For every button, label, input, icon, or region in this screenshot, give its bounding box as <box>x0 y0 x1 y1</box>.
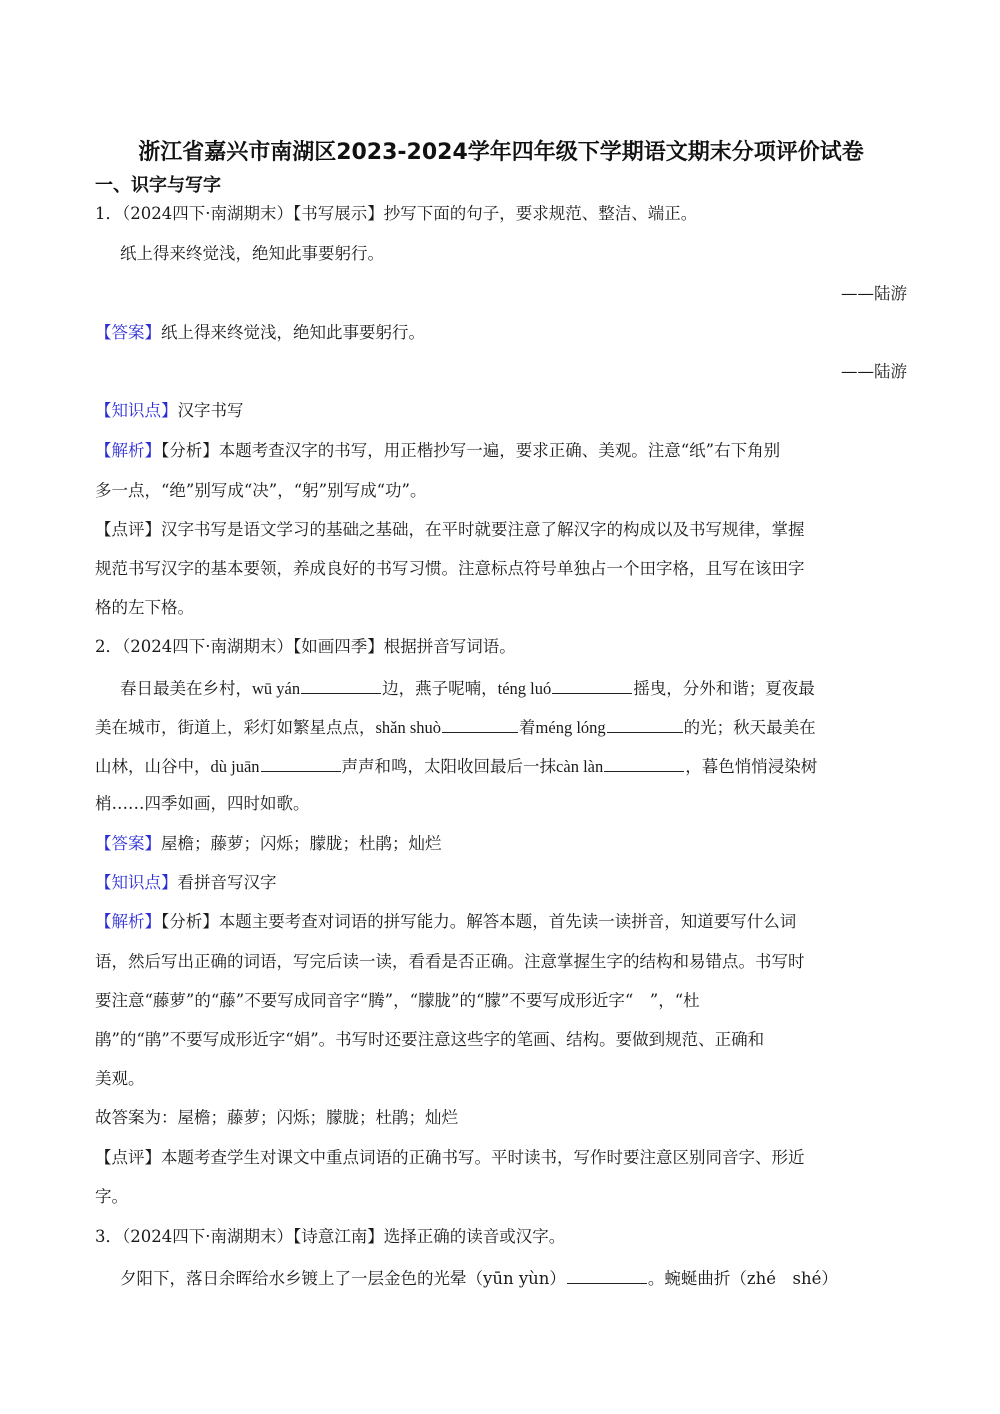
passage-text: 春日最美在乡村， <box>120 679 252 698</box>
question-1-knowledge: 【知识点】汉字书写 <box>95 399 907 423</box>
question-2-passage-line-3: 山林，山谷中，dù juān声声和鸣，太阳收回最后一抹càn làn，暮色悄悄浸… <box>95 753 907 779</box>
passage-text: ，暮色悄悄浸染树 <box>685 757 817 776</box>
question-number: 3． <box>95 1227 122 1246</box>
passage-text: 声声和鸣，太阳收回最后一抹 <box>342 757 557 776</box>
question-text: （2024四下·南湖期末）【书写展示】抄写下面的句子，要求规范、整洁、端正。 <box>122 204 697 223</box>
pinyin: wū yán <box>252 679 300 698</box>
passage-text: 的光；秋天最美在 <box>684 718 816 737</box>
answer-blank[interactable] <box>301 675 381 694</box>
knowledge-label: 【知识点】 <box>95 401 178 420</box>
knowledge-text: 看拼音写汉字 <box>178 873 277 892</box>
question-1-answer-attribution: ——陆游 <box>95 360 907 384</box>
passage-text: 边，燕子呢喃， <box>382 679 498 698</box>
pinyin: dù juān <box>211 757 260 776</box>
question-2-answer: 【答案】屋檐；藤萝；闪烁；朦胧；杜鹃；灿烂 <box>95 832 907 856</box>
answer-blank[interactable] <box>567 1265 647 1284</box>
answer-text: 纸上得来终觉浅，绝知此事要躬行。 <box>161 323 425 342</box>
document-title: 浙江省嘉兴市南湖区2023-2024学年四年级下学期语文期末分项评价试卷 <box>95 135 907 166</box>
passage-text: 山林，山谷中， <box>95 757 211 776</box>
knowledge-text: 汉字书写 <box>178 401 244 420</box>
passage-text: 着 <box>519 718 536 737</box>
question-2-analysis-cont: 美观。 <box>95 1067 907 1091</box>
pinyin: téng luó <box>498 679 552 698</box>
question-2-passage-line-1: 春日最美在乡村，wū yán边，燕子呢喃，téng luó摇曳，分外和谐；夏夜最 <box>95 675 907 701</box>
question-2-comment: 【点评】本题考查学生对课文中重点词语的正确书写。平时读书，写作时要注意区别同音字… <box>95 1146 907 1170</box>
question-2-header: 2．（2024四下·南湖期末）【如画四季】根据拼音写词语。 <box>95 635 907 659</box>
question-2-comment-cont: 字。 <box>95 1185 907 1209</box>
analysis-text: 【分析】本题主要考查对词语的拼写能力。解答本题，首先读一读拼音，知道要写什么词 <box>161 912 796 931</box>
passage-text: 。蜿蜒曲折（zhé shé） <box>648 1269 838 1288</box>
answer-text: 屋檐；藤萝；闪烁；朦胧；杜鹃；灿烂 <box>161 834 442 853</box>
question-3-passage-line-1: 夕阳下，落日余晖给水乡镀上了一层金色的光晕（yūn yùn）。蜿蜒曲折（zhé … <box>95 1265 907 1291</box>
question-2-final-answer: 故答案为：屋檐；藤萝；闪烁；朦胧；杜鹃；灿烂 <box>95 1106 907 1130</box>
answer-blank[interactable] <box>604 753 684 772</box>
question-2-analysis-cont: 鹃”的“鹃”不要写成形近字“娟”。书写时还要注意这些字的笔画、结构。要做到规范、… <box>95 1028 907 1052</box>
question-2-analysis-cont: 要注意“藤萝”的“藤”不要写成同音字“腾”，“朦胧”的“朦”不要写成形近字“ ”… <box>95 989 907 1013</box>
question-1-analysis-cont: 多一点，“绝”别写成“决”，“躬”别写成“功”。 <box>95 479 907 503</box>
pinyin: càn làn <box>556 757 603 776</box>
question-1-comment-cont: 规范书写汉字的基本要领，养成良好的书写习惯。注意标点符号单独占一个田字格，且写在… <box>95 557 907 581</box>
pinyin: méng lóng <box>536 718 606 737</box>
question-1-analysis: 【解析】【分析】本题考查汉字的书写，用正楷抄写一遍，要求正确、美观。注意“纸”右… <box>95 439 907 463</box>
question-3-header: 3．（2024四下·南湖期末）【诗意江南】选择正确的读音或汉字。 <box>95 1225 907 1249</box>
answer-blank[interactable] <box>261 753 341 772</box>
section-heading: 一、识字与写字 <box>95 171 221 197</box>
analysis-label: 【解析】 <box>95 441 161 460</box>
question-1-header: 1．（2024四下·南湖期末）【书写展示】抄写下面的句子，要求规范、整洁、端正。 <box>95 202 907 226</box>
question-2-analysis-cont: 语，然后写出正确的词语，写完后读一读，看看是否正确。注意掌握生字的结构和易错点。… <box>95 950 907 974</box>
question-2-knowledge: 【知识点】看拼音写汉字 <box>95 871 907 895</box>
passage-text: 美在城市，街道上，彩灯如繁星点点， <box>95 718 376 737</box>
answer-label: 【答案】 <box>95 323 161 342</box>
question-text: （2024四下·南湖期末）【如画四季】根据拼音写词语。 <box>122 637 516 656</box>
passage-text: 摇曳，分外和谐；夏夜最 <box>633 679 815 698</box>
question-1-attribution: ——陆游 <box>95 282 907 306</box>
question-1-comment-cont: 格的左下格。 <box>95 596 907 620</box>
knowledge-label: 【知识点】 <box>95 873 178 892</box>
answer-label: 【答案】 <box>95 834 161 853</box>
question-2-analysis: 【解析】【分析】本题主要考查对词语的拼写能力。解答本题，首先读一读拼音，知道要写… <box>95 910 907 934</box>
answer-blank[interactable] <box>442 714 518 733</box>
analysis-label: 【解析】 <box>95 912 161 931</box>
answer-blank[interactable] <box>552 675 632 694</box>
question-1-prompt: 纸上得来终觉浅，绝知此事要躬行。 <box>95 242 907 266</box>
question-1-answer: 【答案】纸上得来终觉浅，绝知此事要躬行。 <box>95 321 907 345</box>
pinyin: shǎn shuò <box>376 718 442 737</box>
question-2-passage-line-2: 美在城市，街道上，彩灯如繁星点点，shǎn shuò着méng lóng的光；秋… <box>95 714 907 740</box>
question-1-comment: 【点评】汉字书写是语文学习的基础之基础，在平时就要注意了解汉字的构成以及书写规律… <box>95 518 907 542</box>
question-text: （2024四下·南湖期末）【诗意江南】选择正确的读音或汉字。 <box>122 1227 565 1246</box>
question-number: 1． <box>95 204 122 223</box>
question-number: 2． <box>95 637 122 656</box>
passage-text: 夕阳下，落日余晖给水乡镀上了一层金色的光晕（yūn yùn） <box>120 1269 566 1288</box>
answer-blank[interactable] <box>607 714 683 733</box>
analysis-text: 【分析】本题考查汉字的书写，用正楷抄写一遍，要求正确、美观。注意“纸”右下角别 <box>161 441 780 460</box>
question-2-passage-line-4: 梢……四季如画，四时如歌。 <box>95 792 907 816</box>
